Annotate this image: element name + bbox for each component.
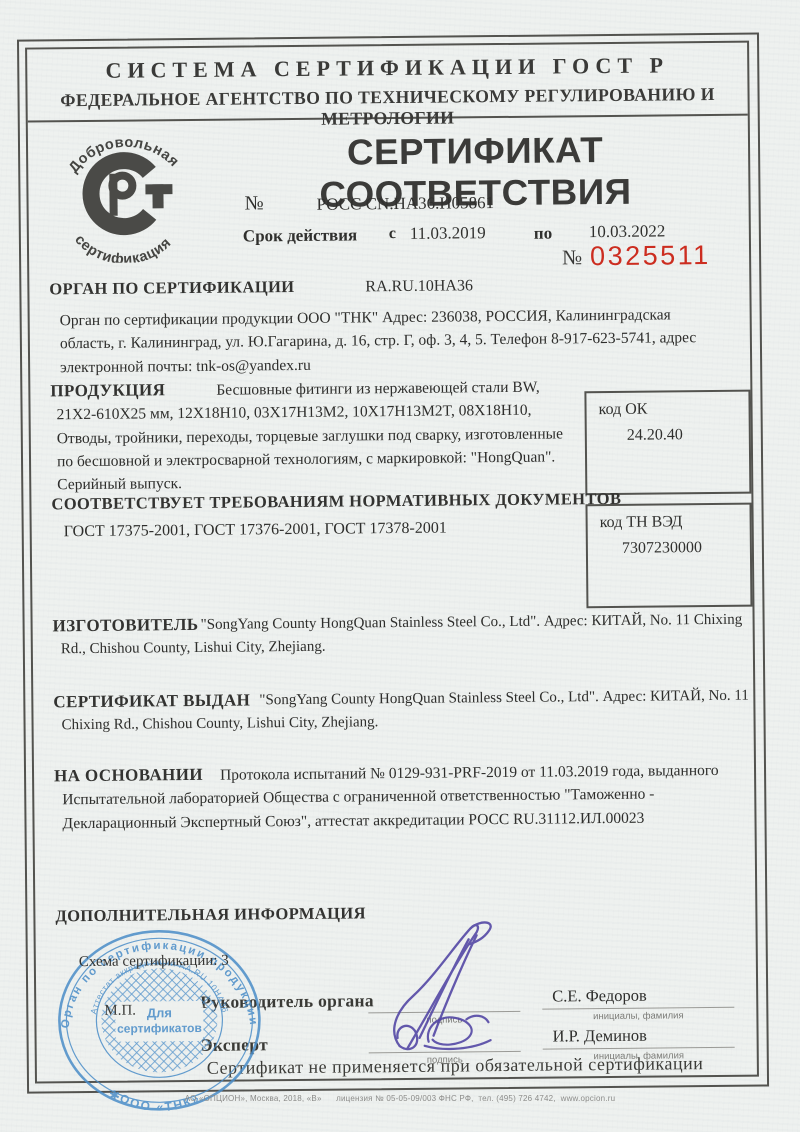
ok-code-value: 24.20.40 — [627, 426, 749, 445]
tnved-code-label: код ТН ВЭД — [600, 513, 683, 531]
cert-number-sign: № — [244, 192, 263, 215]
blank-number: 0325511 — [590, 240, 711, 272]
organ-text: Орган по сертификации продукции ООО "ТНК… — [60, 303, 729, 379]
organ-label: ОРГАН ПО СЕРТИФИКАЦИИ — [49, 277, 294, 299]
logo-bottom-text: сертификация — [71, 231, 175, 263]
conformity-text: ГОСТ 17375-2001, ГОСТ 17376-2001, ГОСТ 1… — [64, 517, 447, 545]
agency-title: ФЕДЕРАЛЬНОЕ АГЕНТСТВО ПО ТЕХНИЧЕСКОМУ РЕ… — [39, 84, 737, 133]
manufacturer-text: "SongYang County HongQuan Stainless Stee… — [61, 609, 761, 661]
tnved-code-value: 7307230000 — [622, 539, 750, 558]
certificate-sheet: СИСТЕМА СЕРТИФИКАЦИИ ГОСТ Р ФЕДЕРАЛЬНОЕ … — [0, 0, 800, 1132]
validity-to-date: 10.03.2022 — [589, 221, 666, 242]
organ-code: RA.RU.10HA36 — [365, 277, 473, 296]
ok-code-box: код ОК 24.20.40 — [584, 390, 751, 496]
svg-text:сертификация: сертификация — [71, 231, 175, 263]
head-name-line — [542, 987, 734, 1010]
cert-number: РОСС CN.HA36.H05861 — [316, 193, 494, 215]
mp-mark: М.П. — [104, 1003, 136, 1020]
logo-p-bowl — [112, 176, 132, 196]
tnved-code-box: код ТН ВЭД 7307230000 — [585, 503, 752, 609]
rst-logo: Добровольная сертификация — [48, 126, 205, 263]
stamp-center-line1: Для — [147, 1005, 172, 1020]
logo-t-glyph — [145, 184, 172, 208]
expert-name-line — [543, 1027, 735, 1050]
validity-to-label: по — [534, 224, 552, 244]
validity-from-date: 11.03.2019 — [410, 223, 486, 244]
stamp-center-line2: сертификатов — [117, 1021, 202, 1036]
product-text: Бесшовные фитинги из нержавеющей стали B… — [56, 375, 583, 496]
basis-text: Протокола испытаний № 0129-931-PRF-2019 … — [62, 759, 723, 835]
validity-from-label: с — [389, 225, 396, 243]
printer-imprint: АО «ОПЦИОН», Москва, 2018, «В» лицензия … — [0, 1094, 800, 1103]
issued-text: "SongYang County HongQuan Stainless Stee… — [61, 684, 767, 736]
certification-scheme: Схема сертификации: 3 — [79, 953, 229, 971]
validity-label: Срок действия — [243, 225, 357, 246]
head-name-caption: инициалы, фамилия — [542, 1010, 734, 1023]
expert-signature-ink — [420, 1009, 498, 1060]
ok-code-label: код ОК — [598, 401, 647, 418]
blank-number-sign: № — [562, 245, 582, 270]
